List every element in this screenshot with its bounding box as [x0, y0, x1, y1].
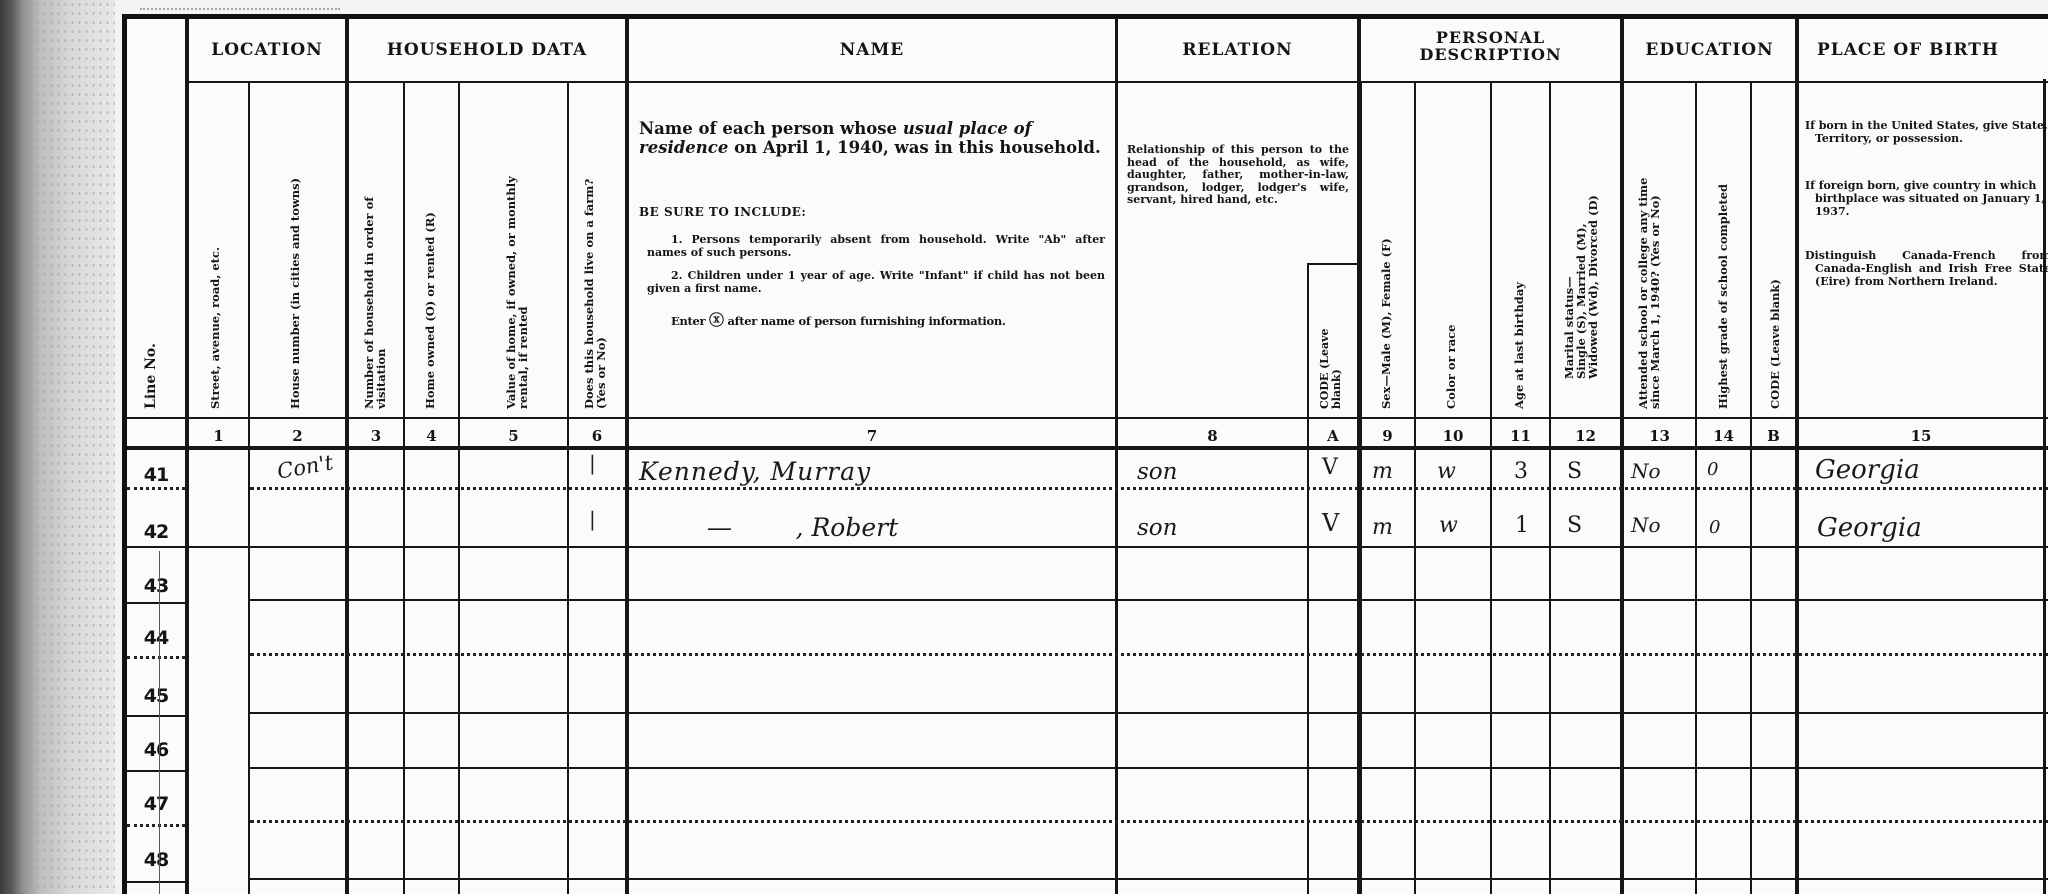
colnum-15: 15	[1799, 423, 2043, 449]
divider-lineno	[185, 19, 189, 894]
header-home-value: Value of home, if owned, or monthly rent…	[505, 109, 529, 409]
paper-texture	[20, 0, 115, 894]
divider-education-birth	[1795, 19, 1799, 894]
colnum-13: 13	[1624, 423, 1695, 449]
header-line-no: Line No.	[145, 269, 157, 409]
name-instr-b: on April 1, 1940, was in this household.	[728, 138, 1100, 157]
line-number-46: 46	[127, 739, 185, 761]
row42-farm: |	[589, 507, 596, 531]
header-highest-grade: Highest grade of school completed	[1717, 109, 1729, 409]
colnum-3: 3	[349, 423, 403, 449]
row-sep-41-42	[127, 487, 185, 490]
row41-code-a: V	[1322, 455, 1338, 480]
cropped-top-text	[140, 0, 340, 10]
header-birth-us: If born in the United States, give State…	[1805, 119, 2048, 145]
row-sep-48-49	[127, 881, 185, 883]
group-header-rule	[189, 81, 2048, 83]
divider-name-relation	[1115, 19, 1118, 894]
line-number-47: 47	[127, 793, 185, 815]
row41-name: Kennedy, Murray	[639, 457, 871, 486]
row42-age: 1	[1515, 513, 1529, 538]
colnum-11: 11	[1492, 423, 1549, 449]
enter-b: after name of person furnishing informat…	[724, 314, 1006, 328]
header-include-item2: 2. Children under 1 year of age. Write "…	[647, 269, 1105, 295]
row-sep-47-48-body	[250, 820, 2048, 823]
group-name: NAME	[629, 41, 1115, 60]
colnum-2: 2	[250, 423, 345, 449]
group-education: EDUCATION	[1624, 41, 1795, 60]
header-marital: Marital status— Single (S), Married (M),…	[1563, 119, 1599, 379]
colnum-6: 6	[569, 423, 625, 449]
census-form: LOCATION HOUSEHOLD DATA NAME RELATION PE…	[122, 14, 2048, 894]
row41-farm: |	[589, 451, 596, 475]
colnum-1: 1	[189, 423, 248, 449]
line-number-43: 43	[127, 575, 185, 597]
row42-relation: son	[1137, 515, 1177, 541]
divider-personal-education	[1620, 19, 1624, 894]
row-sep-45-46-body	[250, 712, 2048, 714]
row41-household-number: Con't	[275, 450, 335, 483]
group-personal-line2: DESCRIPTION	[1361, 46, 1620, 63]
colnum-A: A	[1309, 423, 1357, 449]
header-owned-rented: Home owned (O) or rented (R)	[424, 149, 436, 409]
row-sep-43-44-body	[250, 599, 2048, 601]
row42-marital: S	[1567, 513, 1582, 538]
header-name-instructions: Name of each person whose usual place of…	[639, 119, 1109, 157]
colnum-7: 7	[629, 423, 1115, 449]
group-household-data: HOUSEHOLD DATA	[349, 41, 625, 60]
colnum-5: 5	[460, 423, 567, 449]
row-sep-44-45-body	[250, 653, 2048, 656]
row41-age: 3	[1514, 459, 1528, 484]
row41-birthplace: Georgia	[1815, 455, 1920, 485]
row-sep-43-44	[127, 602, 185, 604]
header-birth-foreign: If foreign born, give country in which b…	[1805, 179, 2048, 218]
colnum-4: 4	[405, 423, 458, 449]
row42-sex: m	[1372, 515, 1393, 540]
colnum-9: 9	[1361, 423, 1414, 449]
header-include-item1: 1. Persons temporarily absent from house…	[647, 233, 1105, 259]
line-number-45: 45	[127, 685, 185, 707]
row42-school: No	[1631, 513, 1661, 537]
line-number-44: 44	[127, 627, 185, 649]
header-street: Street, avenue, road, etc.	[209, 219, 221, 409]
informant-circled-x-icon: ⓧ	[709, 311, 724, 329]
header-relation-instructions: Relationship of this person to the head …	[1127, 144, 1349, 207]
header-color-race: Color or race	[1445, 219, 1457, 409]
row-sep-44-45	[127, 656, 185, 659]
row-sep-45-46	[127, 715, 185, 717]
header-birth-distinguish: Distinguish Canada-French from Canada-En…	[1805, 249, 2048, 288]
row-sep-46-47	[127, 770, 185, 772]
divider-col8-colA	[1307, 263, 1309, 894]
row41-relation: son	[1137, 459, 1177, 485]
row41-school: No	[1631, 459, 1661, 483]
header-enter-informant: Enter ⓧ after name of person furnishing …	[671, 309, 1006, 330]
group-relation: RELATION	[1118, 41, 1357, 60]
header-sex: Sex—Male (M), Female (F)	[1380, 179, 1392, 409]
row42-race: w	[1439, 513, 1458, 538]
header-code-b: CODE (Leave blank)	[1769, 219, 1781, 409]
row42-code-a: V	[1322, 509, 1339, 537]
colnum-14: 14	[1697, 423, 1750, 449]
row-sep-46-47-body	[250, 767, 2048, 769]
row41-marital: S	[1567, 459, 1582, 484]
row41-grade: 0	[1707, 459, 1718, 480]
header-farm: Does this household live on a farm? (Yes…	[583, 99, 607, 409]
header-be-sure: BE SURE TO INCLUDE:	[639, 205, 806, 219]
group-location: LOCATION	[189, 41, 345, 60]
enter-a: Enter	[671, 314, 709, 328]
row42-name: — , Robert	[707, 513, 898, 542]
row42-grade: 0	[1709, 517, 1720, 538]
group-place-of-birth: PLACE OF BIRTH	[1817, 41, 2048, 60]
row-sep-41-42-body	[250, 487, 2048, 490]
row41-race: w	[1437, 459, 1456, 484]
line-number-48: 48	[127, 849, 185, 871]
group-personal-description: PERSONAL DESCRIPTION	[1361, 29, 1620, 63]
name-instr-a: Name of each person whose	[639, 119, 903, 138]
colnum-10: 10	[1416, 423, 1490, 449]
row-sep-48-49-body	[250, 878, 2048, 880]
colnum-B: B	[1752, 423, 1795, 449]
pencil-tick-mark	[159, 551, 160, 894]
colnum-8: 8	[1118, 423, 1307, 449]
colnum-top-rule	[127, 417, 2048, 419]
row-sep-47-48	[127, 824, 185, 827]
header-household-number: Number of household in order of visitati…	[363, 109, 387, 409]
group-personal-line1: PERSONAL	[1361, 29, 1620, 46]
row41-sex: m	[1372, 459, 1393, 484]
divider-location-household	[345, 19, 349, 894]
row42-birthplace: Georgia	[1817, 513, 1922, 543]
relation-code-rule	[1307, 263, 1359, 265]
row-sep-42-43	[127, 546, 2048, 548]
colnum-12: 12	[1551, 423, 1620, 449]
divider-household-name	[625, 19, 629, 894]
header-code-a: CODE (Leave blank)	[1319, 269, 1343, 409]
header-attended-school: Attended school or college any time sinc…	[1637, 89, 1661, 409]
line-number-41: 41	[127, 464, 185, 486]
line-number-42: 42	[127, 521, 185, 543]
header-age: Age at last birthday	[1513, 219, 1525, 409]
header-house-number: House number (in cities and towns)	[289, 109, 301, 409]
